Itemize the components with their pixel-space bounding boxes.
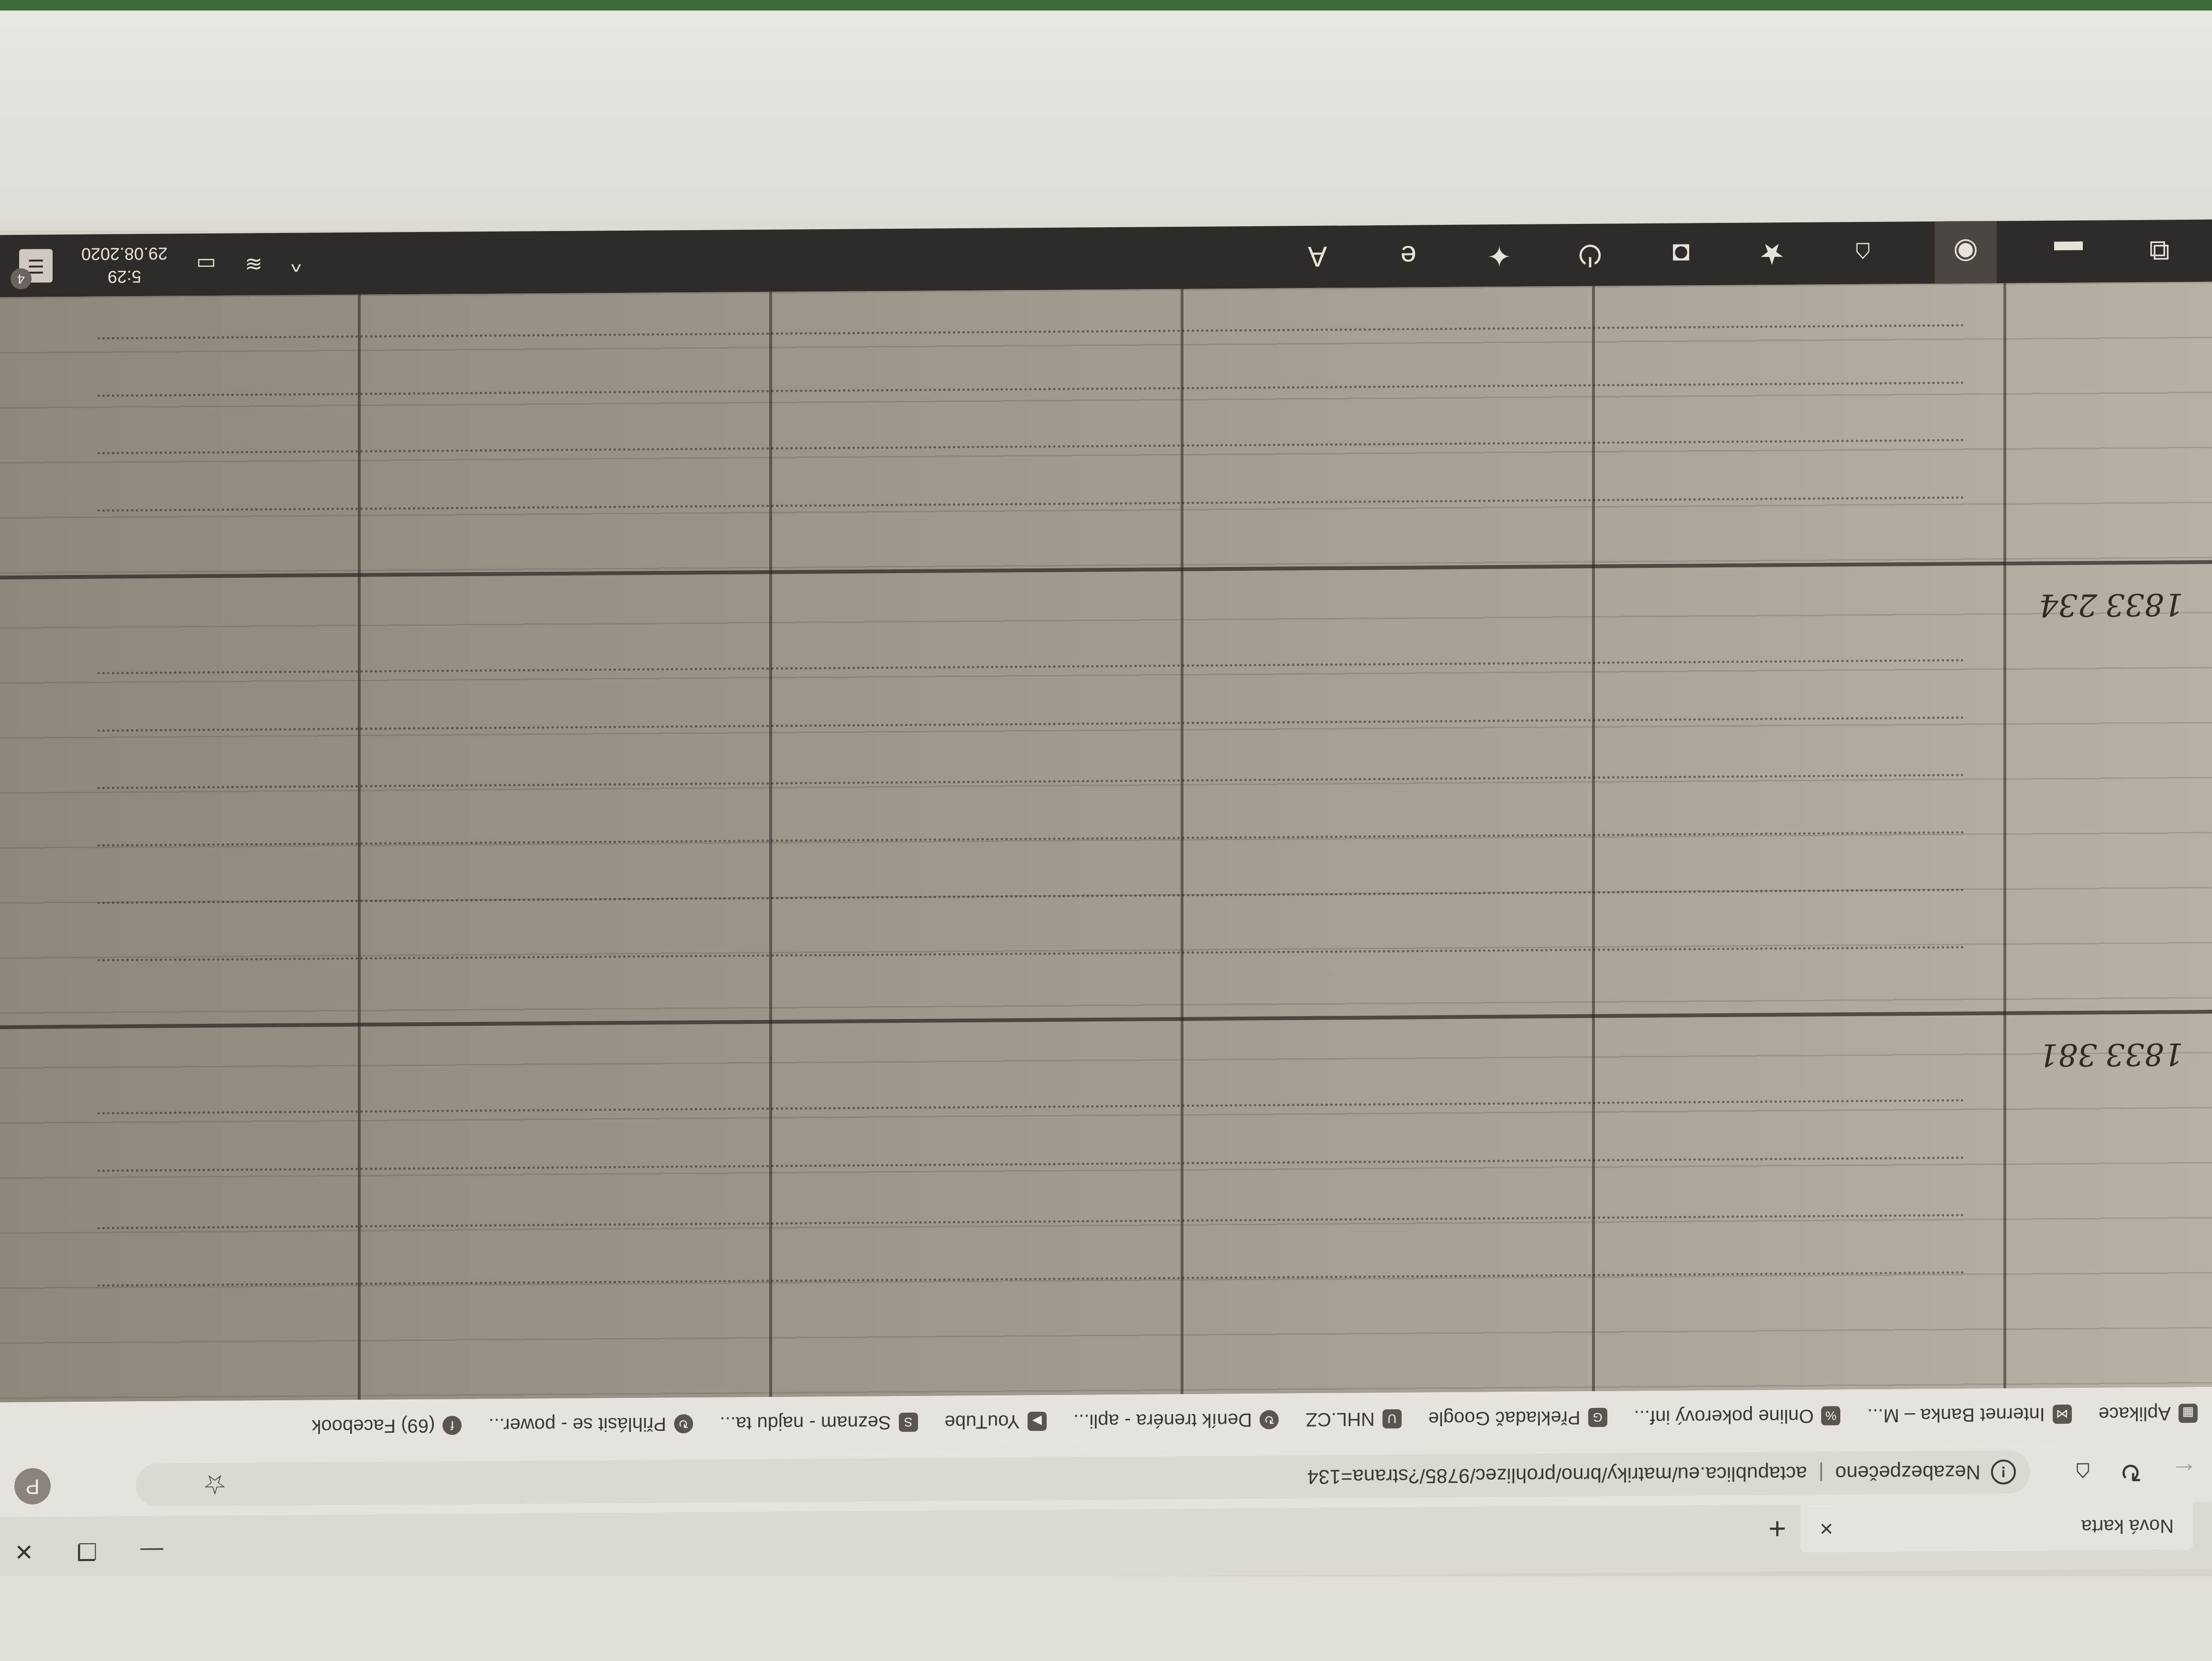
bookmark-google-translate[interactable]: GPřekladač Google [1428, 1406, 1607, 1429]
handwritten-line [96, 716, 1963, 751]
bookmark-label: YouTube [945, 1411, 1020, 1433]
wifi-icon[interactable]: ≋ [245, 252, 263, 277]
taskbar-apps: ⧉ ▬ ◉ ⌂ ★ ◘ ⏻ ✦ e A [1298, 220, 2212, 288]
minimize-icon[interactable]: — [140, 1537, 163, 1564]
handwritten-line [96, 659, 1963, 693]
photo-paper-margin [0, 11, 2212, 231]
entry-year: 1833 [2105, 1036, 2183, 1072]
address-separator: | [1819, 1462, 1824, 1485]
facebook-icon: f [442, 1416, 462, 1435]
bookmark-youtube[interactable]: ▶YouTube [945, 1410, 1047, 1432]
file-explorer-icon[interactable]: ▬ [2049, 233, 2088, 271]
handwritten-line [96, 774, 1963, 808]
acrobat-icon[interactable]: A [1298, 238, 1337, 277]
refresh-circle-icon: ↻ [674, 1414, 693, 1433]
handwritten-line [96, 946, 1963, 980]
handwritten-line [96, 831, 1963, 865]
nav-buttons: ← ↻ ⌂ [2075, 1456, 2198, 1488]
bookmark-label: Online pokerový inf... [1634, 1405, 1814, 1428]
bookmark-label: Internet Banka – M... [1867, 1404, 2045, 1427]
close-window-icon[interactable]: ✕ [14, 1538, 33, 1565]
bookmark-nhl-cz[interactable]: UNHL.CZ [1305, 1408, 1401, 1430]
tab-close-icon[interactable]: × [1820, 1515, 1833, 1541]
bookmark-denik-trenera[interactable]: ↻Deník trenéra - apli... [1073, 1409, 1279, 1432]
handwritten-line [96, 888, 1963, 923]
photo-background-strip [0, 0, 2212, 11]
window-controls: — ❐ ✕ [14, 1537, 163, 1565]
percent-icon: % [1821, 1406, 1840, 1425]
bookmark-label: Deník trenéra - apli... [1073, 1409, 1252, 1432]
refresh-circle-icon: ↻ [1260, 1410, 1279, 1429]
bookmark-aplikace[interactable]: ▦Aplikace [2099, 1403, 2198, 1425]
task-view-icon[interactable]: ⧉ [2140, 232, 2179, 270]
power-app-icon[interactable]: ⏻ [1571, 236, 1609, 275]
bookmark-label: Seznam - najdu ta... [720, 1412, 891, 1434]
tray-chevron-icon[interactable]: ^ [291, 252, 301, 276]
nhl-icon: U [1382, 1409, 1402, 1428]
url-text[interactable]: actapublica.eu/matriky/brno/prohlizec/97… [1307, 1462, 1807, 1488]
bookmark-prihlasit-se[interactable]: ↻Přihlásit se - power... [488, 1413, 693, 1436]
handwritten-line [96, 381, 1963, 416]
battery-icon[interactable]: ▭ [196, 252, 216, 277]
shield-app-icon[interactable]: ✦ [1480, 236, 1518, 275]
page-content: 1833 381 1833 234 [0, 282, 2212, 1402]
handwritten-line [96, 324, 1963, 358]
bookmark-internet-banka[interactable]: ⋈Internet Banka – M... [1867, 1403, 2071, 1426]
home-icon[interactable]: ⌂ [2075, 1457, 2091, 1488]
bookmark-online-poker[interactable]: %Online pokerový inf... [1634, 1405, 1841, 1428]
maximize-icon[interactable]: ❐ [77, 1538, 97, 1564]
tab-title: Nová karta [2081, 1515, 2174, 1537]
bookmark-seznam[interactable]: SSeznam - najdu ta... [720, 1411, 918, 1434]
bookmark-facebook[interactable]: f(69) Facebook [311, 1415, 462, 1437]
scanned-register-image[interactable]: 1833 381 1833 234 [0, 282, 2212, 1402]
entry-number: 234 [2039, 587, 2097, 623]
address-bar[interactable]: ! Nezabezpečeno | actapublica.eu/matriky… [136, 1451, 2030, 1507]
handwritten-line [96, 1099, 1963, 1133]
media-app-icon[interactable]: ◘ [1662, 235, 1700, 274]
chrome-icon[interactable]: ◉ [1935, 221, 1997, 284]
printed-screenshot: Nová karta × + — ❐ ✕ ← ↻ ⌂ ! Nezabezpeče… [0, 220, 2212, 1584]
edge-icon[interactable]: e [1389, 237, 1427, 276]
handwritten-line [96, 1156, 1963, 1191]
profile-avatar[interactable]: P [14, 1468, 51, 1505]
security-label: Nezabezpečeno [1835, 1461, 1980, 1484]
translate-icon: G [1588, 1408, 1607, 1427]
bookmark-label: Překladač Google [1428, 1407, 1581, 1429]
bank-icon: ⋈ [2053, 1405, 2072, 1424]
clock[interactable]: 5:29 29.08.2020 [81, 242, 167, 288]
clock-date: 29.08.2020 [81, 242, 167, 266]
register-row-divider [0, 560, 2212, 579]
new-tab-button[interactable]: + [1769, 1511, 1786, 1547]
photo-paper-margin-bottom [0, 1576, 2212, 1661]
handwritten-line [96, 439, 1963, 473]
system-tray: ^ ≋ ▭ 5:29 29.08.2020 ☰ 4 [19, 241, 301, 289]
handwritten-line [96, 1214, 1963, 1248]
apps-grid-icon: ▦ [2179, 1404, 2198, 1423]
info-icon[interactable]: ! [1991, 1460, 2016, 1484]
handwritten-line [96, 1271, 1963, 1306]
star-app-icon[interactable]: ★ [1753, 234, 1791, 273]
youtube-icon: ▶ [1028, 1412, 1047, 1431]
tab-new-tab[interactable]: Nová karta × [1801, 1502, 2193, 1552]
register-row-divider [0, 1010, 2212, 1029]
action-center-button[interactable]: ☰ 4 [19, 249, 53, 282]
entry-year: 1833 [2105, 586, 2183, 622]
bookmark-label: (69) Facebook [311, 1415, 435, 1437]
handwritten-line [96, 496, 1963, 531]
reload-icon[interactable]: ↻ [2120, 1456, 2142, 1488]
seznam-icon: S [899, 1413, 918, 1432]
entry-number: 381 [2039, 1037, 2097, 1073]
bookmark-star-icon[interactable]: ☆ [203, 1469, 227, 1500]
bookmark-label: NHL.CZ [1305, 1408, 1374, 1430]
back-arrow-icon[interactable]: ← [2171, 1456, 2198, 1487]
bookmark-label: Aplikace [2099, 1403, 2171, 1425]
home-app-icon[interactable]: ⌂ [1844, 234, 1882, 273]
notification-count-badge: 4 [11, 268, 32, 289]
clock-time: 5:29 [108, 265, 141, 288]
bookmark-label: Přihlásit se - power... [488, 1413, 666, 1436]
